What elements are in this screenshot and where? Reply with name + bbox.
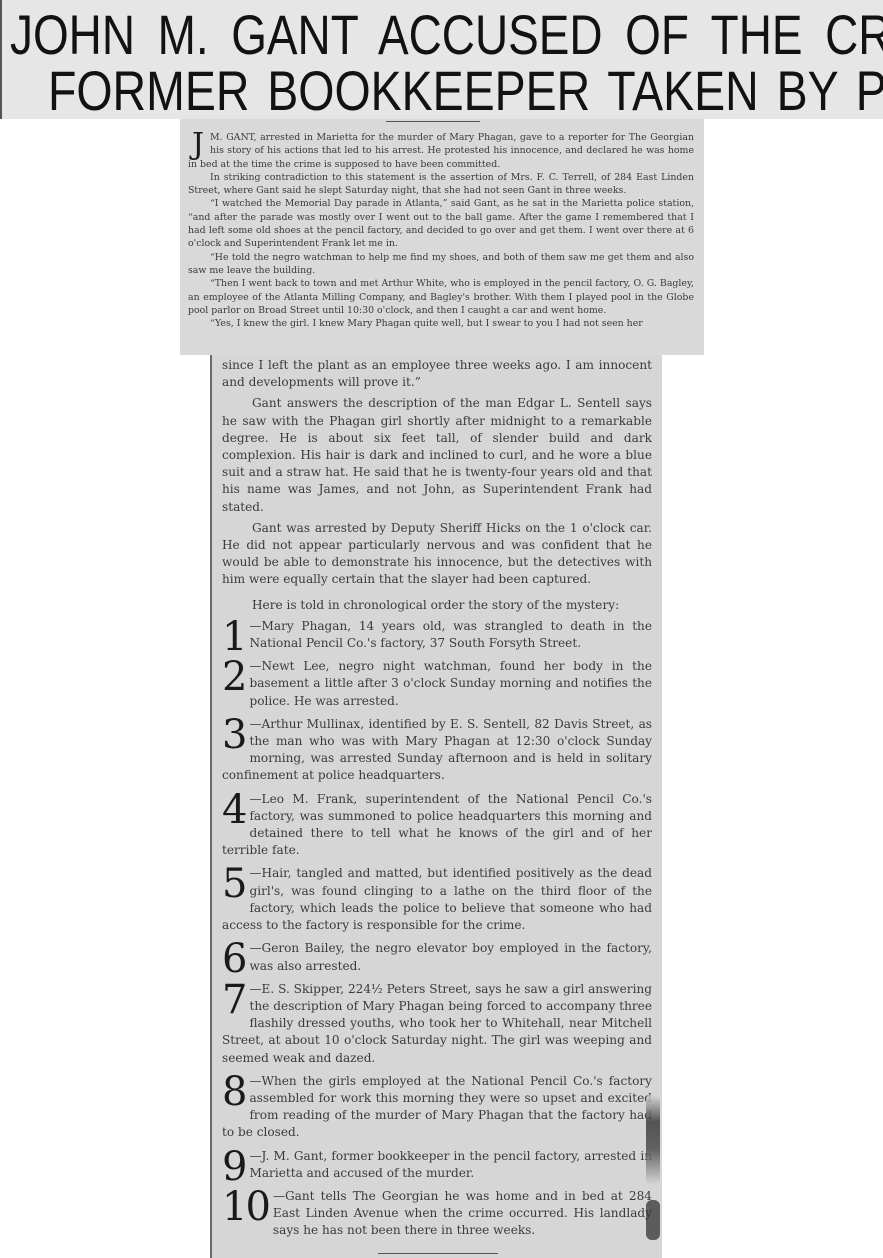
page-damage-mark [646, 1200, 660, 1240]
chronology-list: 1—Mary Phagan, 14 years old, was strangl… [222, 618, 652, 1240]
item-text: —When the girls employed at the National… [222, 1073, 652, 1142]
chronology-item: 5—Hair, tangled and matted, but identifi… [222, 865, 652, 934]
intro-text: J M. GANT, arrested in Marietta for the … [188, 131, 694, 330]
chronology-item: 7—E. S. Skipper, 224½ Peters Street, say… [222, 981, 652, 1067]
item-text: —J. M. Gant, former bookkeeper in the pe… [222, 1148, 652, 1182]
item-text: —E. S. Skipper, 224½ Peters Street, says… [222, 981, 652, 1067]
intro-paragraph: J M. GANT, arrested in Marietta for the … [188, 131, 694, 171]
item-number: 3 [222, 718, 245, 752]
item-number: 7 [222, 983, 245, 1017]
item-number: 4 [222, 793, 245, 827]
intro-paragraph: In striking contradiction to this statem… [188, 171, 694, 198]
chronology-item: 1—Mary Phagan, 14 years old, was strangl… [222, 618, 652, 652]
chronology-item: 2—Newt Lee, negro night watchman, found … [222, 658, 652, 710]
item-number: 5 [222, 867, 245, 901]
intro-paragraph: “I watched the Memorial Day parade in At… [188, 197, 694, 250]
item-text: —Mary Phagan, 14 years old, was strangle… [222, 618, 652, 652]
chronology-item: 3—Arthur Mullinax, identified by E. S. S… [222, 716, 652, 785]
item-text: —Hair, tangled and matted, but identifie… [222, 865, 652, 934]
chronology-item: 4—Leo M. Frank, superintendent of the Na… [222, 791, 652, 860]
body-paragraph: Gant answers the description of the man … [222, 395, 652, 515]
headline-line-2: FORMER BOOKKEEPER TAKEN BY POLICE [48, 58, 781, 123]
article-body: since I left the plant as an employee th… [222, 357, 652, 1246]
headline-banner: JOHN M. GANT ACCUSED OF THE CRIME; FORME… [0, 0, 883, 119]
intro-paragraph: “He told the negro watchman to help me f… [188, 251, 694, 278]
intro-paragraph: “Yes, I knew the girl. I knew Mary Phaga… [188, 317, 694, 330]
chronology-item: 9—J. M. Gant, former bookkeeper in the p… [222, 1148, 652, 1182]
item-number: 8 [222, 1075, 245, 1109]
item-number: 6 [222, 942, 245, 976]
item-text: —Newt Lee, negro night watchman, found h… [222, 658, 652, 710]
item-number: 9 [222, 1150, 245, 1184]
end-rule [378, 1253, 498, 1254]
item-number: 10 [222, 1190, 269, 1224]
article-column: since I left the plant as an employee th… [210, 355, 662, 1258]
drop-cap: J [192, 133, 204, 157]
chronology-intro: Here is told in chronological order the … [222, 597, 652, 614]
intro-block: J M. GANT, arrested in Marietta for the … [180, 119, 704, 355]
body-paragraph: Gant was arrested by Deputy Sheriff Hick… [222, 520, 652, 589]
continuation-paragraph: since I left the plant as an employee th… [222, 357, 652, 391]
item-text: —Leo M. Frank, superintendent of the Nat… [222, 791, 652, 860]
item-number: 1 [222, 620, 245, 654]
chronology-item: 8—When the girls employed at the Nationa… [222, 1073, 652, 1142]
page-damage-mark [646, 1095, 660, 1185]
item-number: 2 [222, 660, 245, 694]
chronology-item: 6—Geron Bailey, the negro elevator boy e… [222, 940, 652, 974]
intro-paragraph: “Then I went back to town and met Arthur… [188, 277, 694, 317]
chronology-item: 10—Gant tells The Georgian he was home a… [222, 1188, 652, 1240]
item-text: —Geron Bailey, the negro elevator boy em… [222, 940, 652, 974]
item-text: —Arthur Mullinax, identified by E. S. Se… [222, 716, 652, 785]
divider-rule [386, 121, 480, 122]
item-text: —Gant tells The Georgian he was home and… [222, 1188, 652, 1240]
